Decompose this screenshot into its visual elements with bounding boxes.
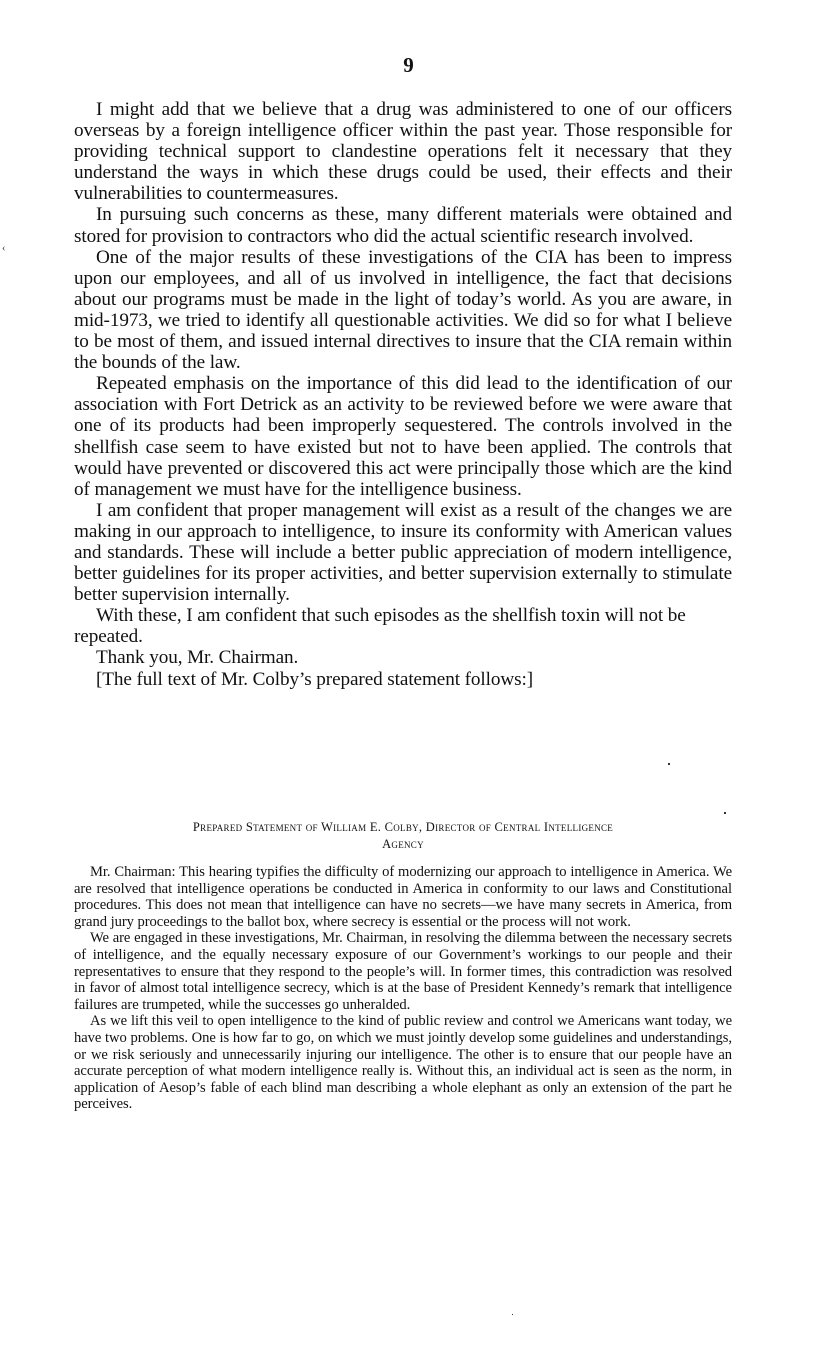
paragraph-proper-management: I am confident that proper management wi… [74,500,732,605]
paragraph-investigation-results: One of the major results of these invest… [74,247,732,374]
prepared-statement-body: Mr. Chairman: This hearing typifies the … [74,864,732,1113]
scan-speck [668,763,670,765]
page-number: 9 [0,52,817,78]
paragraph-shellfish-toxin: With these, I am confident that such epi… [74,605,732,647]
statement-heading: Prepared Statement of William E. Colby, … [72,819,734,853]
statement-heading-line1: Prepared Statement of William E. Colby, … [72,819,734,836]
margin-scan-mark: ‹ [2,246,8,252]
scan-speck [724,812,726,814]
paragraph-statement-follows: [The full text of Mr. Colby’s prepared s… [74,669,732,690]
statement-paragraph-hearing: Mr. Chairman: This hearing typifies the … [74,864,732,930]
scan-speck [512,1314,513,1315]
testimony-body: I might add that we believe that a drug … [74,99,732,690]
statement-paragraph-dilemma: We are engaged in these investigations, … [74,930,732,1013]
statement-heading-line2: Agency [72,836,734,853]
paragraph-materials-obtained: In pursuing such concerns as these, many… [74,204,732,246]
paragraph-thank-you: Thank you, Mr. Chairman. [74,647,732,668]
statement-paragraph-two-problems: As we lift this veil to open intelligenc… [74,1013,732,1113]
paragraph-fort-detrick: Repeated emphasis on the importance of t… [74,373,732,500]
paragraph-drug-administered: I might add that we believe that a drug … [74,99,732,204]
